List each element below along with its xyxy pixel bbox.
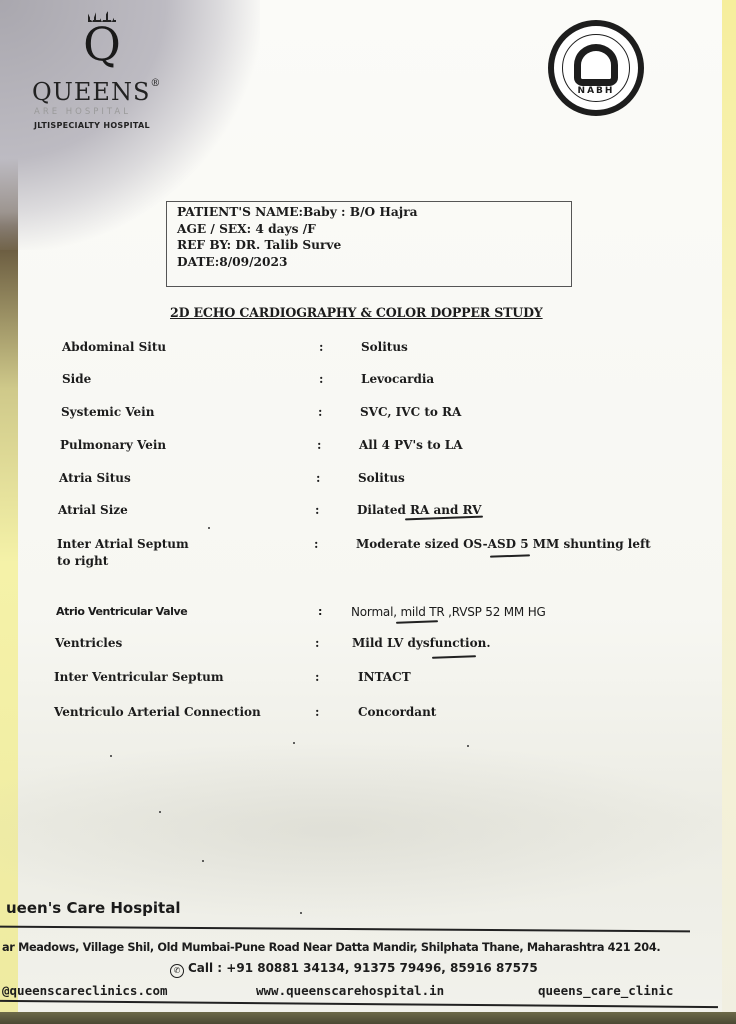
finding-value: Solitus	[361, 340, 408, 354]
speck	[110, 755, 112, 757]
report-title: 2D ECHO CARDIOGRAPHY & COLOR DOPPER STUD…	[170, 305, 543, 320]
speck	[202, 860, 204, 862]
finding-value: INTACT	[358, 670, 411, 684]
report-date: DATE:8/09/2023	[177, 254, 561, 271]
patient-name: PATIENT'S NAME:Baby : B/O Hajra	[177, 204, 561, 221]
footer-social-handle[interactable]: queens_care_clinic	[538, 983, 673, 998]
finding-value: Mild LV dysfunction.	[352, 636, 491, 650]
speck	[467, 745, 469, 747]
finding-label: Ventricles	[55, 636, 122, 650]
finding-label-continued: to right	[57, 554, 108, 568]
finding-label: Inter Atrial Septum	[57, 537, 189, 551]
nabh-label: NABH	[554, 86, 638, 96]
footer-website[interactable]: www.queenscarehospital.in	[256, 983, 444, 998]
finding-value: All 4 PV's to LA	[359, 438, 463, 452]
finding-value: Solitus	[358, 471, 405, 485]
logo-subtitle: ARE HOSPITAL	[34, 107, 131, 117]
queen-q-icon: Q	[82, 20, 122, 68]
finding-label: Atrial Size	[58, 503, 128, 517]
finding-value: Dilated RA and RV	[357, 503, 481, 517]
speck	[300, 912, 302, 914]
finding-label: Systemic Vein	[61, 405, 154, 419]
footer-hospital-name: ueen's Care Hospital	[6, 899, 180, 917]
nabh-seal-icon: NABH	[548, 20, 644, 116]
finding-value: Moderate sized OS-ASD 5 MM shunting left	[356, 537, 651, 551]
referring-doctor: REF BY: DR. Talib Surve	[177, 237, 561, 254]
logo-tagline: JLTISPECIALTY HOSPITAL	[34, 121, 150, 130]
finding-value: Levocardia	[361, 372, 434, 386]
finding-label: Inter Ventricular Septum	[54, 670, 224, 684]
footer-phone-numbers: Call : +91 80881 34134, 91375 79496, 859…	[188, 961, 538, 975]
finding-value: SVC, IVC to RA	[360, 405, 461, 419]
finding-value: Normal, mild TR ,RVSP 52 MM HG	[351, 605, 546, 619]
finding-label: Atrio Ventricular Valve	[56, 605, 187, 618]
finding-label: Pulmonary Vein	[60, 438, 166, 452]
registered-mark: ®	[150, 78, 161, 89]
speck	[293, 742, 295, 744]
paper-right-edge	[722, 0, 736, 1024]
patient-age-sex: AGE / SEX: 4 days /F	[177, 221, 561, 238]
paper-left-edge	[0, 0, 18, 1024]
phone-icon: ✆	[170, 964, 184, 978]
speck	[208, 527, 210, 529]
footer-email[interactable]: @queenscareclinics.com	[2, 983, 168, 998]
finding-label: Side	[62, 372, 91, 386]
finding-label: Abdominal Situ	[62, 340, 166, 354]
hospital-logo: Q QUEENS® ARE HOSPITAL JLTISPECIALTY HOS…	[30, 8, 160, 126]
footer-address: ar Meadows, Village Shil, Old Mumbai-Pun…	[2, 941, 660, 954]
finding-label: Atria Situs	[59, 471, 131, 485]
finding-label: Ventriculo Arterial Connection	[54, 705, 261, 719]
logo-brand: QUEENS	[32, 78, 150, 106]
patient-info-box: PATIENT'S NAME:Baby : B/O Hajra AGE / SE…	[166, 201, 572, 287]
speck	[159, 811, 161, 813]
photo-background-bottom	[0, 1012, 736, 1024]
finding-value: Concordant	[358, 705, 436, 719]
footer-call: ✆Call : +91 80881 34134, 91375 79496, 85…	[170, 961, 538, 978]
